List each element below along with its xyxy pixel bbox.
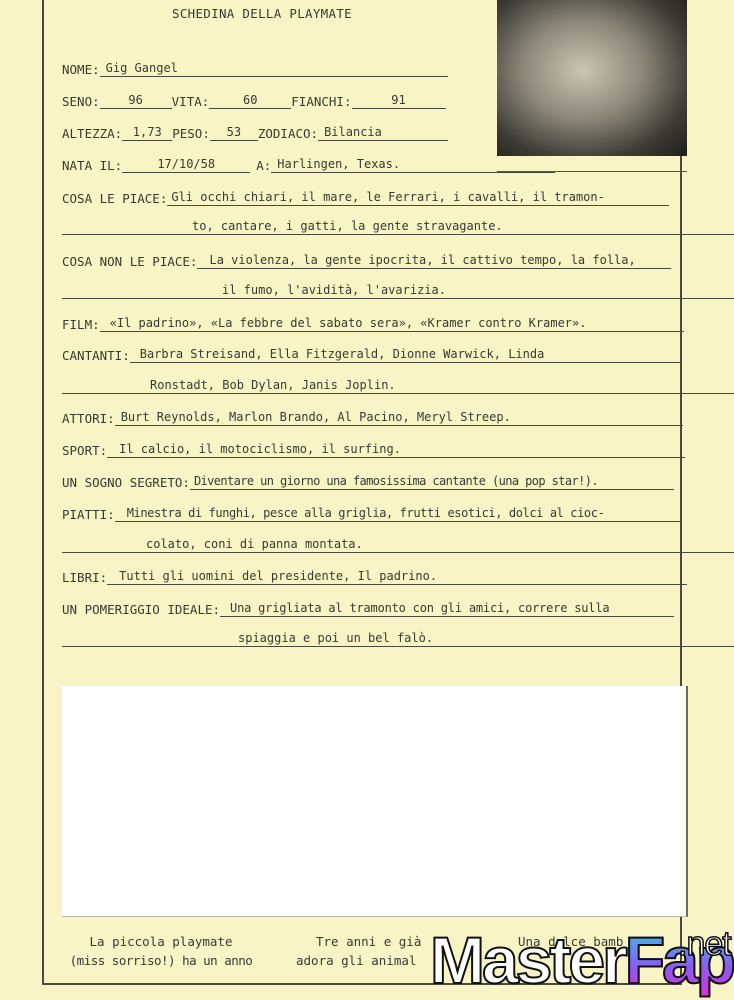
- form-title: SCHEDINA DELLA PLAYMATE: [42, 6, 482, 21]
- altezza-value: 1,73: [122, 124, 172, 141]
- pomeriggio-line-2: spiaggia e poi un bel falò.: [62, 630, 734, 647]
- watermark-logo: MasterFap .net: [430, 924, 733, 996]
- field-stats: ALTEZZA:1,73PESO:53ZODIACO:Bilancia: [62, 124, 448, 142]
- peso-value: 53: [210, 124, 258, 141]
- portrait-photo: [497, 0, 687, 156]
- birthplace-value: Harlingen, Texas.: [271, 156, 555, 173]
- dislikes-line-2: il fumo, l'avidità, l'avarizia.: [62, 282, 734, 299]
- likes-line-2: to, cantare, i gatti, la gente stravagan…: [62, 218, 734, 235]
- field-film: FILM:«Il padrino», «La febbre del sabato…: [62, 315, 684, 333]
- blank-image-area: [62, 686, 688, 917]
- field-pomeriggio: UN POMERIGGIO IDEALE:Una grigliata al tr…: [62, 600, 674, 618]
- seno-value: 96: [100, 92, 172, 109]
- field-sport: SPORT:Il calcio, il motociclismo, il sur…: [62, 441, 685, 459]
- nata-il-value: 17/10/58: [122, 156, 250, 173]
- field-piatti: PIATTI:Minestra di funghi, pesce alla gr…: [62, 505, 682, 523]
- field-likes: COSA LE PIACE:Gli occhi chiari, il mare,…: [62, 189, 669, 207]
- zodiaco-value: Bilancia: [318, 124, 448, 141]
- field-measurements: SENO:96VITA:60FIANCHI:91: [62, 92, 446, 110]
- cantanti-line-2: Ronstadt, Bob Dylan, Janis Joplin.: [62, 377, 734, 394]
- caption-1: La piccola playmate (miss sorriso!) ha u…: [56, 932, 266, 970]
- field-attori: ATTORI:Burt Reynolds, Marlon Brando, Al …: [62, 409, 683, 427]
- field-nome: NOME:Gig Gangel: [62, 60, 448, 78]
- field-birth: NATA IL:17/10/58A:Harlingen, Texas.: [62, 156, 555, 174]
- caption-2: Tre anni e già adora gli animal: [296, 932, 446, 970]
- field-dislikes: COSA NON LE PIACE:La violenza, la gente …: [62, 252, 671, 270]
- piatti-line-2: colato, coni di panna montata.: [62, 536, 734, 553]
- field-libri: LIBRI:Tutti gli uomini del presidente, I…: [62, 568, 687, 586]
- field-cantanti: CANTANTI:Barbra Streisand, Ella Fitzgera…: [62, 346, 680, 364]
- vita-value: 60: [209, 92, 291, 109]
- fianchi-value: 91: [352, 92, 446, 109]
- nome-value: Gig Gangel: [100, 60, 448, 77]
- field-sogno: UN SOGNO SEGRETO:Diventare un giorno una…: [62, 473, 674, 491]
